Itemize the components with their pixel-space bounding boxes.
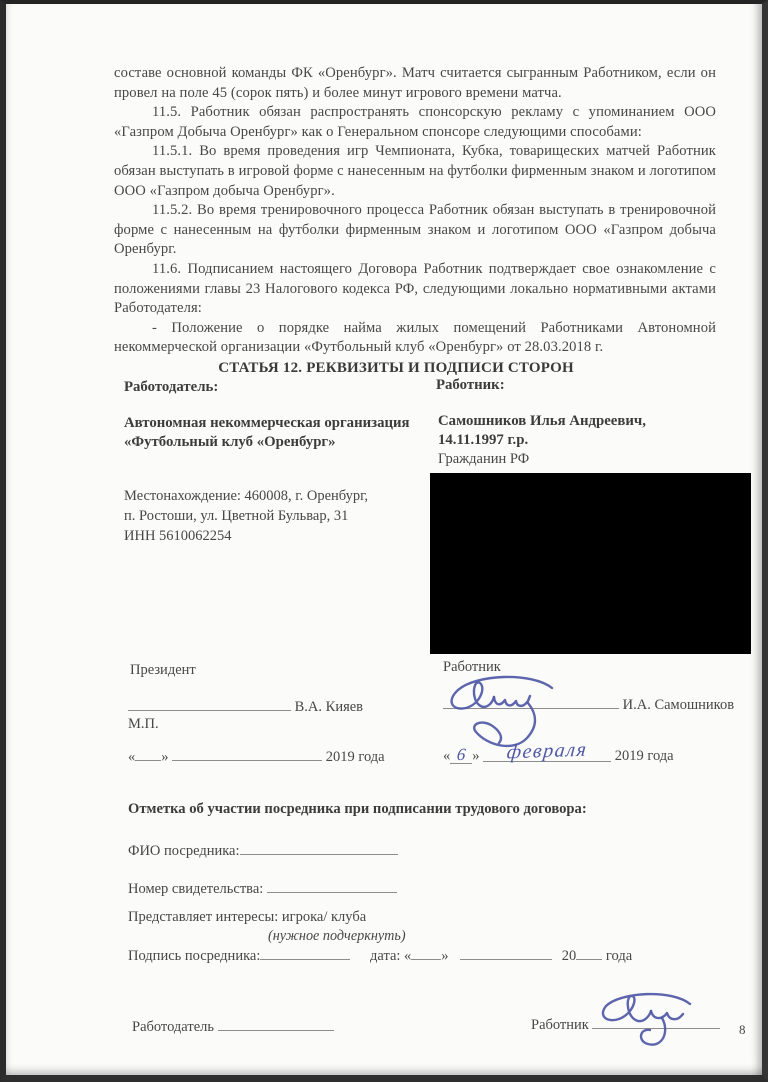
mediator-date-year-line <box>576 945 602 960</box>
footer-employer-label: Работодатель <box>132 1019 214 1035</box>
mediator-fio-label: ФИО посредника: <box>128 843 240 859</box>
employee-column-label: Работник: <box>436 377 505 394</box>
paragraph-11-5-1: 11.5.1. Во время проведения игр Чемпиона… <box>114 142 716 201</box>
employer-org-line2: «Футбольный клуб «Оренбург» <box>124 433 434 452</box>
quote-open: « <box>443 748 450 764</box>
employee-signature-line <box>443 694 619 709</box>
paragraph-11-6: 11.6. Подписанием настоящего Договора Ра… <box>114 260 716 319</box>
employer-signature-row: В.А. Кияев <box>128 696 363 716</box>
employer-org-block: Автономная некоммерческая организация «Ф… <box>124 414 434 452</box>
footer-employee-row: Работник <box>531 1014 720 1034</box>
mediator-sign-line <box>260 945 350 960</box>
employer-signer-name: В.А. Кияев <box>295 699 363 715</box>
employee-name: Самошников Илья Андреевич, <box>438 412 738 431</box>
paragraph-11-5: 11.5. Работник обязан распространять спо… <box>114 103 716 142</box>
mediator-sign-label: Подпись посредника: <box>128 948 260 964</box>
employee-signer-label: Работник <box>443 659 501 676</box>
mediator-interests-row: Представляет интересы: игрока/ клуба <box>128 909 366 926</box>
employer-org-line1: Автономная некоммерческая организация <box>124 414 434 433</box>
quote-close: » <box>441 948 448 964</box>
quote-open: « <box>128 749 135 765</box>
employer-address-line2: п. Ростоши, ул. Цветной Бульвар, 31 <box>124 506 434 526</box>
handwritten-day: 6 <box>456 746 466 763</box>
employee-date-year: 2019 года <box>615 748 674 764</box>
paragraph-11-5-2: 11.5.2. Во время тренировочного процесса… <box>114 201 716 260</box>
employee-date-day-line: 6 <box>450 746 472 764</box>
footer-employee-line <box>592 1014 720 1029</box>
page-number: 8 <box>739 1022 746 1038</box>
mediator-date-label: дата: <box>370 948 400 964</box>
handwritten-month: февраля <box>506 740 589 763</box>
paragraph-housing-regulation: - Положение о порядке найма жилых помеще… <box>114 319 716 358</box>
mediator-year-suffix: года <box>606 948 632 964</box>
footer-employer-row: Работодатель <box>132 1016 334 1036</box>
mediator-heading: Отметка об участии посредника при подпис… <box>128 801 587 818</box>
employee-date-month-line: февраля <box>483 744 611 762</box>
employer-date-month-line <box>172 746 322 761</box>
mediator-cert-line <box>267 878 397 893</box>
mediator-cert-row: Номер свидетельства: <box>128 878 397 898</box>
employee-birth-date: 14.11.1997 г.р. <box>438 431 738 450</box>
redaction-box <box>430 473 751 654</box>
mediator-year-prefix: 20 <box>562 948 577 964</box>
quote-close: » <box>161 749 168 765</box>
employer-address-line1: Местонахождение: 460008, г. Оренбург, <box>124 486 434 506</box>
underline-note: (нужное подчеркнуть) <box>268 928 406 945</box>
mediator-sign-row: Подпись посредника: дата: «» 20 года <box>128 945 632 965</box>
mediator-date-month-line <box>460 945 552 960</box>
seal-mark: М.П. <box>128 716 159 733</box>
employer-signature-line <box>128 696 291 711</box>
article-12-heading: СТАТЬЯ 12. РЕКВИЗИТЫ И ПОДПИСИ СТОРОН <box>95 360 697 377</box>
paragraph-continuation: составе основной команды ФК «Оренбург». … <box>114 64 716 103</box>
mediator-fio-row: ФИО посредника: <box>128 840 398 860</box>
quote-close: » <box>472 748 479 764</box>
footer-employer-line <box>218 1016 334 1031</box>
employee-citizenship: Гражданин РФ <box>438 450 738 469</box>
employee-signature-row: И.А. Самошников <box>443 694 734 714</box>
employee-signer-name: И.А. Самошников <box>623 697 734 713</box>
employer-column-label: Работодатель: <box>124 379 218 396</box>
mediator-cert-label: Номер свидетельства: <box>128 881 263 897</box>
employer-date-day-line <box>135 746 161 761</box>
contract-body-text: составе основной команды ФК «Оренбург». … <box>114 64 716 358</box>
quote-open: « <box>404 948 411 964</box>
employer-date-row: «» 2019 года <box>128 746 385 766</box>
employer-date-year: 2019 года <box>326 749 385 765</box>
mediator-fio-line <box>240 840 398 855</box>
employee-date-row: «6» февраля 2019 года <box>443 744 674 765</box>
employer-inn: ИНН 5610062254 <box>124 526 434 546</box>
mediator-date-day-line <box>411 945 441 960</box>
employee-info-block: Самошников Илья Андреевич, 14.11.1997 г.… <box>438 412 738 469</box>
employer-signer-title: Президент <box>130 662 196 679</box>
document-page: составе основной команды ФК «Оренбург». … <box>0 0 768 1082</box>
footer-employee-label: Работник <box>531 1017 589 1033</box>
employer-address-block: Местонахождение: 460008, г. Оренбург, п.… <box>124 486 434 546</box>
